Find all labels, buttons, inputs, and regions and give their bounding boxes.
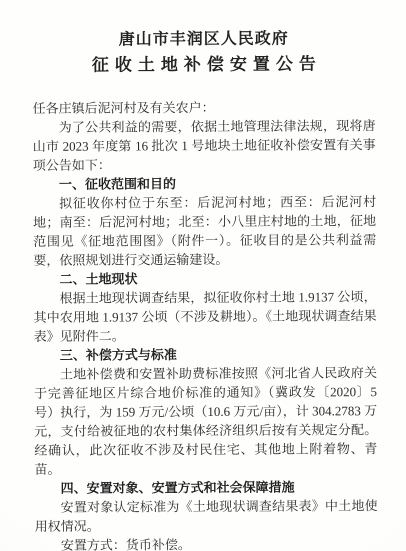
body-paragraph: 安置对象认定标准为《土地现状调查结果表》中土地使用权情况。 [35, 496, 378, 536]
body-paragraph: 拟征收你村位于东至：后泥河村地；西至：后泥河村地；南至：后泥河村地；北至：小八里… [33, 192, 376, 270]
body-paragraph: 安置方式：货币补偿。 [35, 534, 378, 551]
scanned-announcement-page: 唐山市丰润区人民政府 征收土地补偿安置公告 任各庄镇后泥河村及有关农户：为了公共… [0, 0, 406, 551]
section-heading: 二、土地现状 [33, 268, 376, 289]
announcement-title: 征收土地补偿安置公告 [32, 51, 375, 79]
issuing-authority-title: 唐山市丰润区人民政府 [32, 29, 375, 51]
salutation-line: 任各庄镇后泥河村及有关农户： [33, 97, 376, 118]
body-paragraph: 根据土地现状调查结果，拟征收你村土地 1.9137 公顷，其中农用地 1.913… [34, 287, 377, 346]
document: 唐山市丰润区人民政府 征收土地补偿安置公告 任各庄镇后泥河村及有关农户：为了公共… [0, 0, 406, 551]
body-paragraph: 土地补偿费和安置补助费标准按照《河北省人民政府关于完善征地区片综合地价标准的通知… [34, 363, 378, 479]
section-heading: 四、安置对象、安置方式和社会保障措施 [35, 477, 378, 498]
section-heading: 三、补偿方式与标准 [34, 344, 377, 365]
section-heading: 一、征收范围和目的 [33, 173, 376, 194]
document-body: 任各庄镇后泥河村及有关农户：为了公共利益的需要，依据土地管理法律法规，现将唐山市… [33, 97, 378, 551]
body-paragraph: 为了公共利益的需要，依据土地管理法律法规，现将唐山市 2023 年度第 16 批… [33, 116, 376, 175]
